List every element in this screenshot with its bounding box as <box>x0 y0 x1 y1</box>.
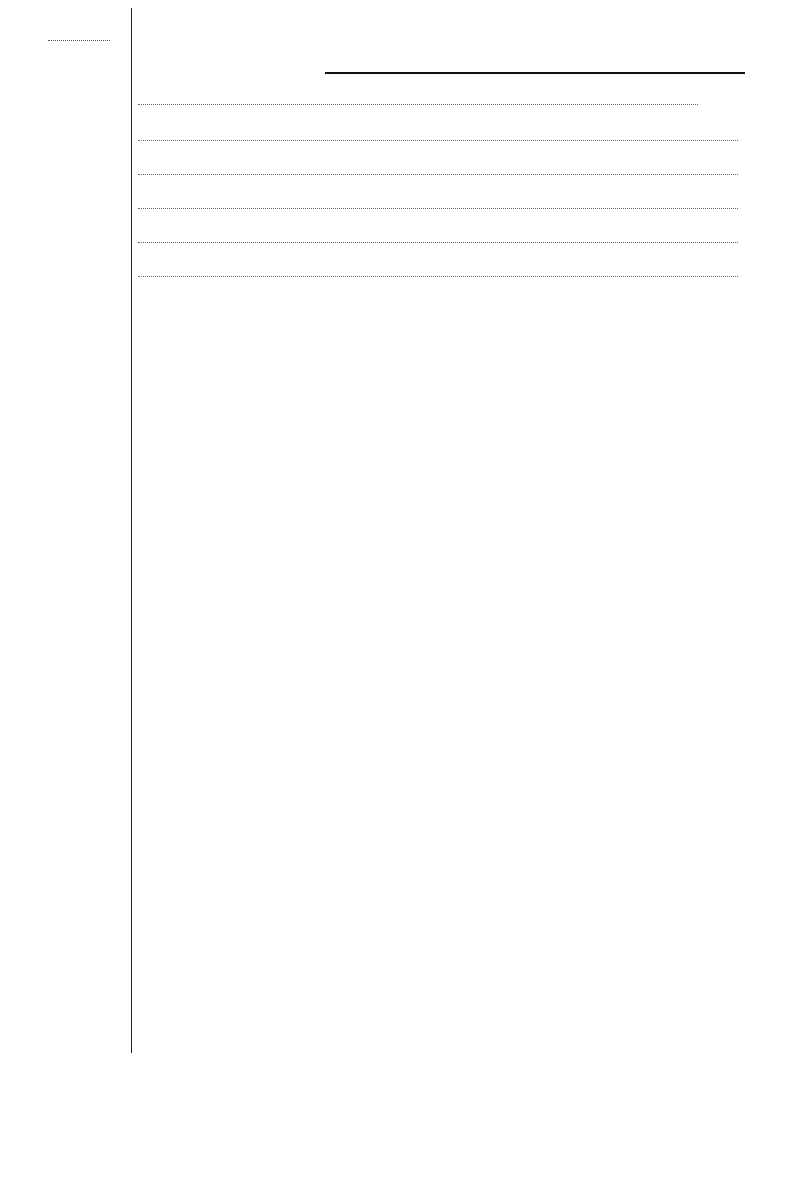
groom-rule-0 <box>138 104 698 105</box>
intro-fill-line <box>325 72 745 74</box>
groom-rule-1 <box>138 140 738 141</box>
margin-rule <box>131 8 132 1053</box>
groom-rule-2 <box>138 174 738 175</box>
record-number <box>18 8 26 52</box>
groom-rule-3 <box>138 208 738 209</box>
number-dotted-rule <box>48 40 110 41</box>
groom-rule-5 <box>138 276 738 277</box>
groom-rule-4 <box>138 242 738 243</box>
